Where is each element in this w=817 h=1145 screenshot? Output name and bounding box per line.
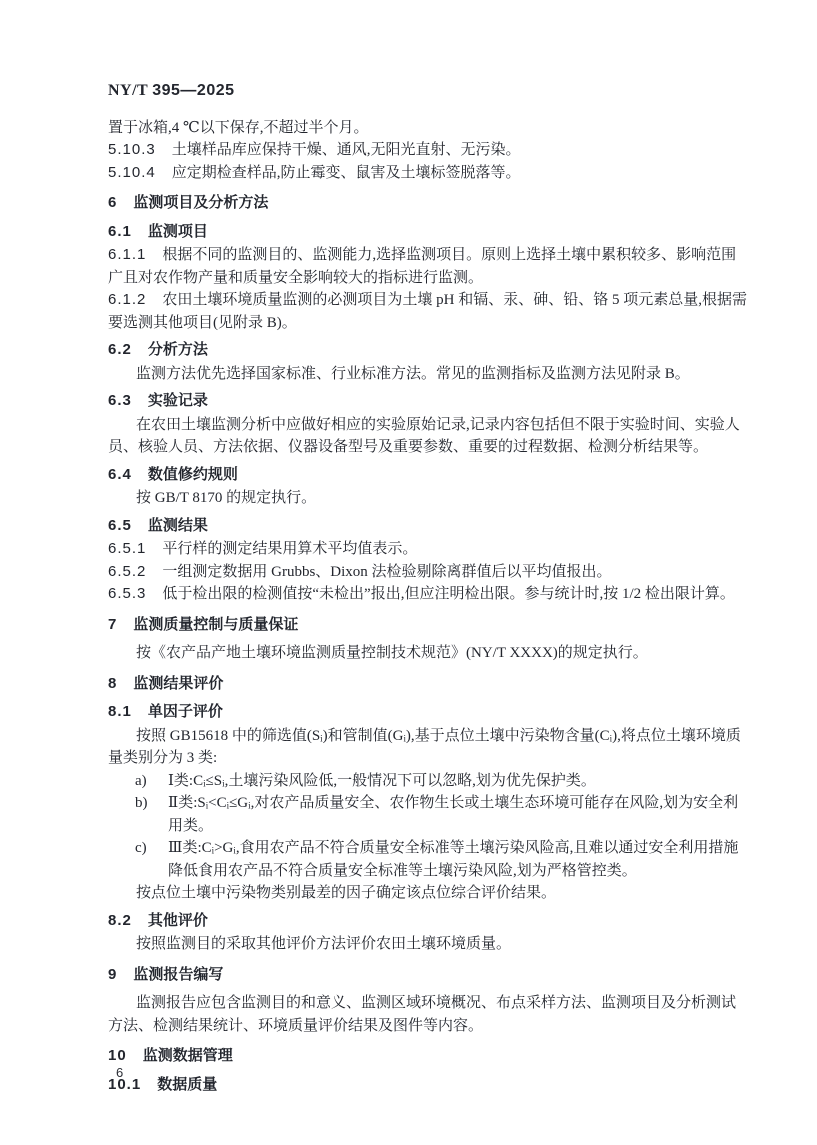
paragraph-8-1-closing: 按点位土壤中污染物类别最差的因子确定该点位综合评价结果。 <box>108 882 747 905</box>
section-8-heading: 8监测结果评价 <box>108 673 747 696</box>
section-number: 6 <box>108 194 117 211</box>
section-number: 7 <box>108 616 117 633</box>
clause-text: 平行样的测定结果用算术平均值表示。 <box>162 541 417 557</box>
section-6-2-heading: 6.2分析方法 <box>108 339 747 362</box>
paragraph-text: 按点位土壤中污染物类别最差的因子确定该点位综合评价结果。 <box>136 885 556 901</box>
section-6-5-heading: 6.5监测结果 <box>108 515 747 538</box>
paragraph-text: 按照 GB15618 中的筛选值(Sᵢ)和管制值(Gᵢ),基于点位土壤中污染物含… <box>108 728 741 767</box>
clause-number: 6.5.3 <box>108 585 146 602</box>
paragraph-text: 按 GB/T 8170 的规定执行。 <box>136 490 316 506</box>
section-6-4-heading: 6.4数值修约规则 <box>108 464 747 487</box>
section-9-heading: 9监测报告编写 <box>108 964 747 987</box>
section-title: 分析方法 <box>148 341 208 358</box>
list-text: Ⅰ类:Cᵢ≤Sᵢ,土壤污染风险低,一般情况下可以忽略,划为优先保护类。 <box>168 773 596 789</box>
section-number: 9 <box>108 966 117 983</box>
section-number: 8.1 <box>108 703 132 720</box>
section-title: 单因子评价 <box>148 703 223 720</box>
list-item-b: b)Ⅱ类:Sᵢ<Cᵢ≤Gᵢ,对农产品质量安全、农作物生长或土壤生态环境可能存在风… <box>108 792 747 837</box>
section-number: 6.4 <box>108 466 132 483</box>
section-8-2-heading: 8.2其他评价 <box>108 910 747 933</box>
list-marker: a) <box>135 770 147 793</box>
clause-6-5-3: 6.5.3低于检出限的检测值按“未检出”报出,但应注明检出限。参与统计时,按 1… <box>108 583 747 606</box>
clause-number: 5.10.3 <box>108 141 156 158</box>
section-title: 监测报告编写 <box>133 966 223 983</box>
clause-number: 6.5.2 <box>108 563 146 580</box>
list-item-a: a)Ⅰ类:Cᵢ≤Sᵢ,土壤污染风险低,一般情况下可以忽略,划为优先保护类。 <box>108 770 747 793</box>
section-number: 8.2 <box>108 912 132 929</box>
section-10-1-heading: 10.1数据质量 <box>108 1074 747 1097</box>
list-text: Ⅱ类:Sᵢ<Cᵢ≤Gᵢ,对农产品质量安全、农作物生长或土壤生态环境可能存在风险,… <box>168 795 738 834</box>
paragraph-6-3: 在农田土壤监测分析中应做好相应的实验原始记录,记录内容包括但不限于实验时间、实验… <box>108 414 747 459</box>
section-10-heading: 10监测数据管理 <box>108 1045 747 1068</box>
paragraph-9: 监测报告应包含监测目的和意义、监测区域环境概况、布点采样方法、监测项目及分析测试… <box>108 992 747 1037</box>
section-number: 10.1 <box>108 1076 141 1093</box>
clause-number: 6.1.1 <box>108 246 146 263</box>
section-title: 监测结果 <box>148 517 208 534</box>
section-6-1-heading: 6.1监测项目 <box>108 221 747 244</box>
clause-number: 5.10.4 <box>108 164 156 181</box>
continued-paragraph: 置于冰箱,4 ℃以下保存,不超过半个月。 <box>108 117 747 140</box>
paragraph-text: 按《农产品产地土壤环境监测质量控制技术规范》(NY/T XXXX)的规定执行。 <box>136 645 648 661</box>
clause-6-5-1: 6.5.1平行样的测定结果用算术平均值表示。 <box>108 538 747 561</box>
paragraph-8-1: 按照 GB15618 中的筛选值(Sᵢ)和管制值(Gᵢ),基于点位土壤中污染物含… <box>108 725 747 770</box>
clause-text: 低于检出限的检测值按“未检出”报出,但应注明检出限。参与统计时,按 1/2 检出… <box>162 586 735 602</box>
page-number: 6 <box>116 1062 123 1085</box>
section-title: 监测结果评价 <box>133 675 223 692</box>
paragraph-7: 按《农产品产地土壤环境监测质量控制技术规范》(NY/T XXXX)的规定执行。 <box>108 642 747 665</box>
clause-text: 土壤样品库应保持干燥、通风,无阳光直射、无污染。 <box>172 142 521 158</box>
paragraph-text: 按照监测目的采取其他评价方法评价农田土壤环境质量。 <box>136 936 511 952</box>
section-number: 6.3 <box>108 392 132 409</box>
section-title: 监测项目及分析方法 <box>133 194 268 211</box>
clause-6-1-1: 6.1.1根据不同的监测目的、监测能力,选择监测项目。原则上选择土壤中累积较多、… <box>108 244 747 289</box>
clause-6-5-2: 6.5.2一组测定数据用 Grubbs、Dixon 法检验剔除离群值后以平均值报… <box>108 561 747 584</box>
section-title: 监测数据管理 <box>143 1047 233 1064</box>
clause-text: 一组测定数据用 Grubbs、Dixon 法检验剔除离群值后以平均值报出。 <box>162 564 611 580</box>
paragraph-text: 在农田土壤监测分析中应做好相应的实验原始记录,记录内容包括但不限于实验时间、实验… <box>108 417 740 456</box>
section-title: 数值修约规则 <box>148 466 238 483</box>
list-marker: c) <box>135 837 147 860</box>
clause-number: 6.5.1 <box>108 540 146 557</box>
section-number: 8 <box>108 675 117 692</box>
section-title: 数据质量 <box>157 1076 217 1093</box>
standard-code-prefix: NY/T <box>108 82 148 99</box>
clause-5-10-3: 5.10.3土壤样品库应保持干燥、通风,无阳光直射、无污染。 <box>108 139 747 162</box>
paragraph-text: 置于冰箱,4 ℃以下保存,不超过半个月。 <box>108 120 369 136</box>
clause-text: 应定期检查样品,防止霉变、鼠害及土壤标签脱落等。 <box>172 165 521 181</box>
section-8-1-heading: 8.1单因子评价 <box>108 701 747 724</box>
section-7-heading: 7监测质量控制与质量保证 <box>108 614 747 637</box>
document-page: NY/T 395—2025 置于冰箱,4 ℃以下保存,不超过半个月。 5.10.… <box>0 0 817 1145</box>
section-title: 其他评价 <box>148 912 208 929</box>
section-6-3-heading: 6.3实验记录 <box>108 390 747 413</box>
paragraph-6-2: 监测方法优先选择国家标准、行业标准方法。常见的监测指标及监测方法见附录 B。 <box>108 363 747 386</box>
doc-header: NY/T 395—2025 <box>108 80 747 103</box>
section-6-heading: 6监测项目及分析方法 <box>108 192 747 215</box>
paragraph-8-2: 按照监测目的采取其他评价方法评价农田土壤环境质量。 <box>108 933 747 956</box>
list-marker: b) <box>135 792 148 815</box>
paragraph-text: 监测方法优先选择国家标准、行业标准方法。常见的监测指标及监测方法见附录 B。 <box>136 366 690 382</box>
section-number: 6.1 <box>108 223 132 240</box>
clause-number: 6.1.2 <box>108 291 146 308</box>
clause-5-10-4: 5.10.4应定期检查样品,防止霉变、鼠害及土壤标签脱落等。 <box>108 162 747 185</box>
clause-text: 根据不同的监测目的、监测能力,选择监测项目。原则上选择土壤中累积较多、影响范围广… <box>108 247 736 286</box>
paragraph-text: 监测报告应包含监测目的和意义、监测区域环境概况、布点采样方法、监测项目及分析测试… <box>108 995 736 1034</box>
section-number: 6.5 <box>108 517 132 534</box>
standard-code-number: 395—2025 <box>152 82 234 99</box>
section-title: 监测质量控制与质量保证 <box>133 616 298 633</box>
clause-text: 农田土壤环境质量监测的必测项目为土壤 pH 和镉、汞、砷、铅、铬 5 项元素总量… <box>108 292 747 331</box>
list-item-c: c)Ⅲ类:Cᵢ>Gᵢ,食用农产品不符合质量安全标准等土壤污染风险高,且难以通过安… <box>108 837 747 882</box>
list-text: Ⅲ类:Cᵢ>Gᵢ,食用农产品不符合质量安全标准等土壤污染风险高,且难以通过安全利… <box>168 840 738 879</box>
clause-6-1-2: 6.1.2农田土壤环境质量监测的必测项目为土壤 pH 和镉、汞、砷、铅、铬 5 … <box>108 289 747 334</box>
section-title: 实验记录 <box>148 392 208 409</box>
section-number: 6.2 <box>108 341 132 358</box>
paragraph-6-4: 按 GB/T 8170 的规定执行。 <box>108 487 747 510</box>
section-title: 监测项目 <box>148 223 208 240</box>
